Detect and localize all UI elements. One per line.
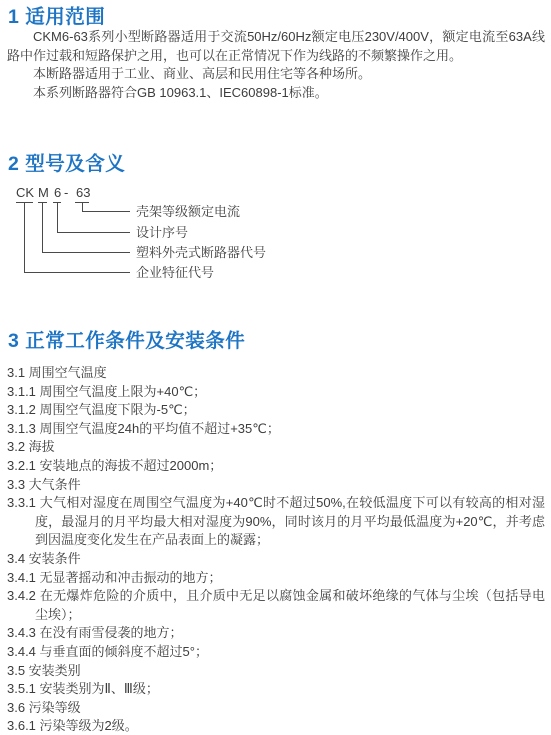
list-item: 3.5 安装类别 — [7, 662, 545, 681]
list-item: 3.4.4 与垂直面的倾斜度不超过5°； — [7, 643, 545, 662]
list-item: 3.4.1 无显著摇动和冲击振动的地方； — [7, 569, 545, 588]
list-item: 3.6.1 污染等级为2级。 — [7, 717, 545, 735]
section3-conditions-list: 3.1 周围空气温度 3.1.1 周围空气温度上限为+40℃； 3.1.2 周围… — [7, 364, 545, 735]
list-item: 3.1.2 周围空气温度下限为-5℃； — [7, 401, 545, 420]
list-item: 3.2.1 安装地点的海拔不超过2000m； — [7, 457, 545, 476]
list-item: 3.2 海拔 — [7, 438, 545, 457]
list-item: 3.5.1 安装类别为Ⅱ、Ⅲ级； — [7, 680, 545, 699]
list-item: 3.1 周围空气温度 — [7, 364, 545, 383]
list-item: 3.4 安装条件 — [7, 550, 545, 569]
list-item: 3.6 污染等级 — [7, 699, 545, 718]
section1-title: 1 适用范围 — [8, 4, 105, 30]
list-item: 3.1.3 周围空气温度24h的平均值不超过+35℃； — [7, 420, 545, 439]
model-label-frame-rated-current: 壳架等级额定电流 — [136, 205, 240, 218]
section2-title: 2 型号及含义 — [8, 151, 125, 177]
list-item: 3.3 大气条件 — [7, 476, 545, 495]
section1-paragraph: 本系列断路器符合GB 10963.1、IEC60898-1标准。 — [7, 84, 545, 103]
list-item: 3.3.1 大气相对湿度在周围空气温度为+40℃时不超过50%,在较低温度下可以… — [7, 494, 545, 550]
section1-paragraph: CKM6-63系列小型断路器适用于交流50Hz/60Hz额定电压230V/400… — [7, 28, 545, 65]
document-page: 1 适用范围 CKM6-63系列小型断路器适用于交流50Hz/60Hz额定电压2… — [0, 0, 551, 735]
list-item: 3.4.2 在无爆炸危险的介质中，且介质中无足以腐蚀金属和破坏绝缘的气体与尘埃（… — [7, 587, 545, 624]
model-label-enterprise-code: 企业特征代号 — [136, 266, 214, 279]
model-connector-lines — [0, 186, 551, 308]
model-label-design-number: 设计序号 — [136, 226, 188, 239]
model-label-mccb-code: 塑料外壳式断路器代号 — [136, 246, 266, 259]
list-item: 3.1.1 周围空气温度上限为+40℃； — [7, 383, 545, 402]
section1-paragraph: 本断路器适用于工业、商业、高层和民用住宅等各种场所。 — [7, 65, 545, 84]
list-item: 3.4.3 在没有雨雪侵袭的地方； — [7, 624, 545, 643]
section1-body: CKM6-63系列小型断路器适用于交流50Hz/60Hz额定电压230V/400… — [7, 28, 545, 102]
section3-title: 3 正常工作条件及安装条件 — [8, 328, 245, 354]
model-designation-diagram: CK M 6 - 63 壳架等级额定电流 设计序号 塑料外壳式断路器代号 企业特… — [0, 186, 551, 308]
